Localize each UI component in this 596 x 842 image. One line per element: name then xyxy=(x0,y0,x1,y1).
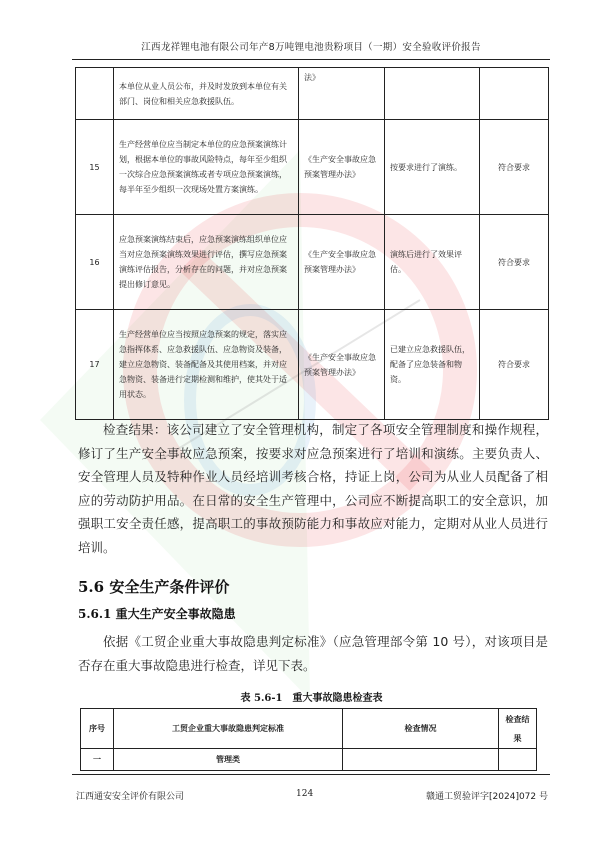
requirement-cell: 本单位从业人员公布，并及时发放到本单位有关部门、岗位和相关应急救援队伍。 xyxy=(114,68,299,120)
table-row: 本单位从业人员公布，并及时发放到本单位有关部门、岗位和相关应急救援队伍。 法》 xyxy=(76,68,549,120)
header-situation: 检查情况 xyxy=(343,709,499,749)
footer-company: 江西通安安全评价有限公司 xyxy=(76,789,184,802)
table-header-row: 序号 工贸企业重大事故隐患判定标准 检查情况 检查结果 xyxy=(81,709,537,749)
result-cell xyxy=(499,749,537,771)
result-cell: 符合要求 xyxy=(480,310,549,420)
basis-paragraph: 依据《工贸企业重大事故隐患判定标准》（应急管理部令第 10 号），对该项目是否存… xyxy=(78,630,548,677)
situation-cell xyxy=(385,68,480,120)
header-standard: 工贸企业重大事故隐患判定标准 xyxy=(114,709,343,749)
major-hazard-check-table: 序号 工贸企业重大事故隐患判定标准 检查情况 检查结果 一 管理类 xyxy=(80,708,537,771)
header-no: 序号 xyxy=(81,709,114,749)
basis-cell: 《生产安全事故应急预案管理办法》 xyxy=(299,120,385,215)
row-number: 15 xyxy=(76,120,114,215)
result-cell: 符合要求 xyxy=(480,120,549,215)
result-cell: 符合要求 xyxy=(480,215,549,310)
requirement-cell: 生产经营单位应当制定本单位的应急预案演练计划，根据本单位的事故风险特点，每年至少… xyxy=(114,120,299,215)
row-number xyxy=(76,68,114,120)
requirement-cell: 生产经营单位应当按照应急预案的规定，落实应急指挥体系、应急救援队伍、应急物资及装… xyxy=(114,310,299,420)
situation-cell xyxy=(343,749,499,771)
table-row: 15 生产经营单位应当制定本单位的应急预案演练计划，根据本单位的事故风险特点，每… xyxy=(76,120,549,215)
result-cell xyxy=(480,68,549,120)
basis-cell: 《生产安全事故应急预案管理办法》 xyxy=(299,215,385,310)
table-row: 一 管理类 xyxy=(81,749,537,771)
document-number: 赣通工贸验评字[2024]072 号 xyxy=(426,789,548,802)
row-number: 16 xyxy=(76,215,114,310)
section-heading: 5.6 安全生产条件评价 xyxy=(78,576,229,597)
subsection-heading: 5.6.1 重大生产安全事故隐患 xyxy=(78,605,236,622)
emergency-plan-check-table: 本单位从业人员公布，并及时发放到本单位有关部门、岗位和相关应急救援队伍。 法》 … xyxy=(75,67,549,420)
standard-cell: 管理类 xyxy=(114,749,343,771)
row-number: 17 xyxy=(76,310,114,420)
basis-cell: 《生产安全事故应急预案管理办法》 xyxy=(299,310,385,420)
page-header-title: 江西龙祥锂电池有限公司年产8万吨锂电池贵粉项目（一期）安全验收评价报告 xyxy=(72,39,550,53)
page-number: 124 xyxy=(296,789,313,799)
basis-cell: 法》 xyxy=(299,68,385,120)
table-row: 17 生产经营单位应当按照应急预案的规定，落实应急指挥体系、应急救援队伍、应急物… xyxy=(76,310,549,420)
table-caption: 表 5.6-1 重大事故隐患检查表 xyxy=(75,689,548,704)
row-number: 一 xyxy=(81,749,114,771)
table-row: 16 应急预案演练结束后，应急预案演练组织单位应当对应急预案演练效果进行评估，撰… xyxy=(76,215,549,310)
situation-cell: 按要求进行了演练。 xyxy=(385,120,480,215)
requirement-cell: 应急预案演练结束后，应急预案演练组织单位应当对应急预案演练效果进行评估，撰写应急… xyxy=(114,215,299,310)
footer-rule xyxy=(72,774,550,775)
header-result: 检查结果 xyxy=(499,709,537,749)
header-rule xyxy=(72,59,550,60)
situation-cell: 已建立应急救援队伍，配备了应急装备和物资。 xyxy=(385,310,480,420)
situation-cell: 演练后进行了效果评估。 xyxy=(385,215,480,310)
inspection-conclusion: 检查结果：该公司建立了安全管理机构，制定了各项安全管理制度和操作规程，修订了生产… xyxy=(78,418,548,559)
